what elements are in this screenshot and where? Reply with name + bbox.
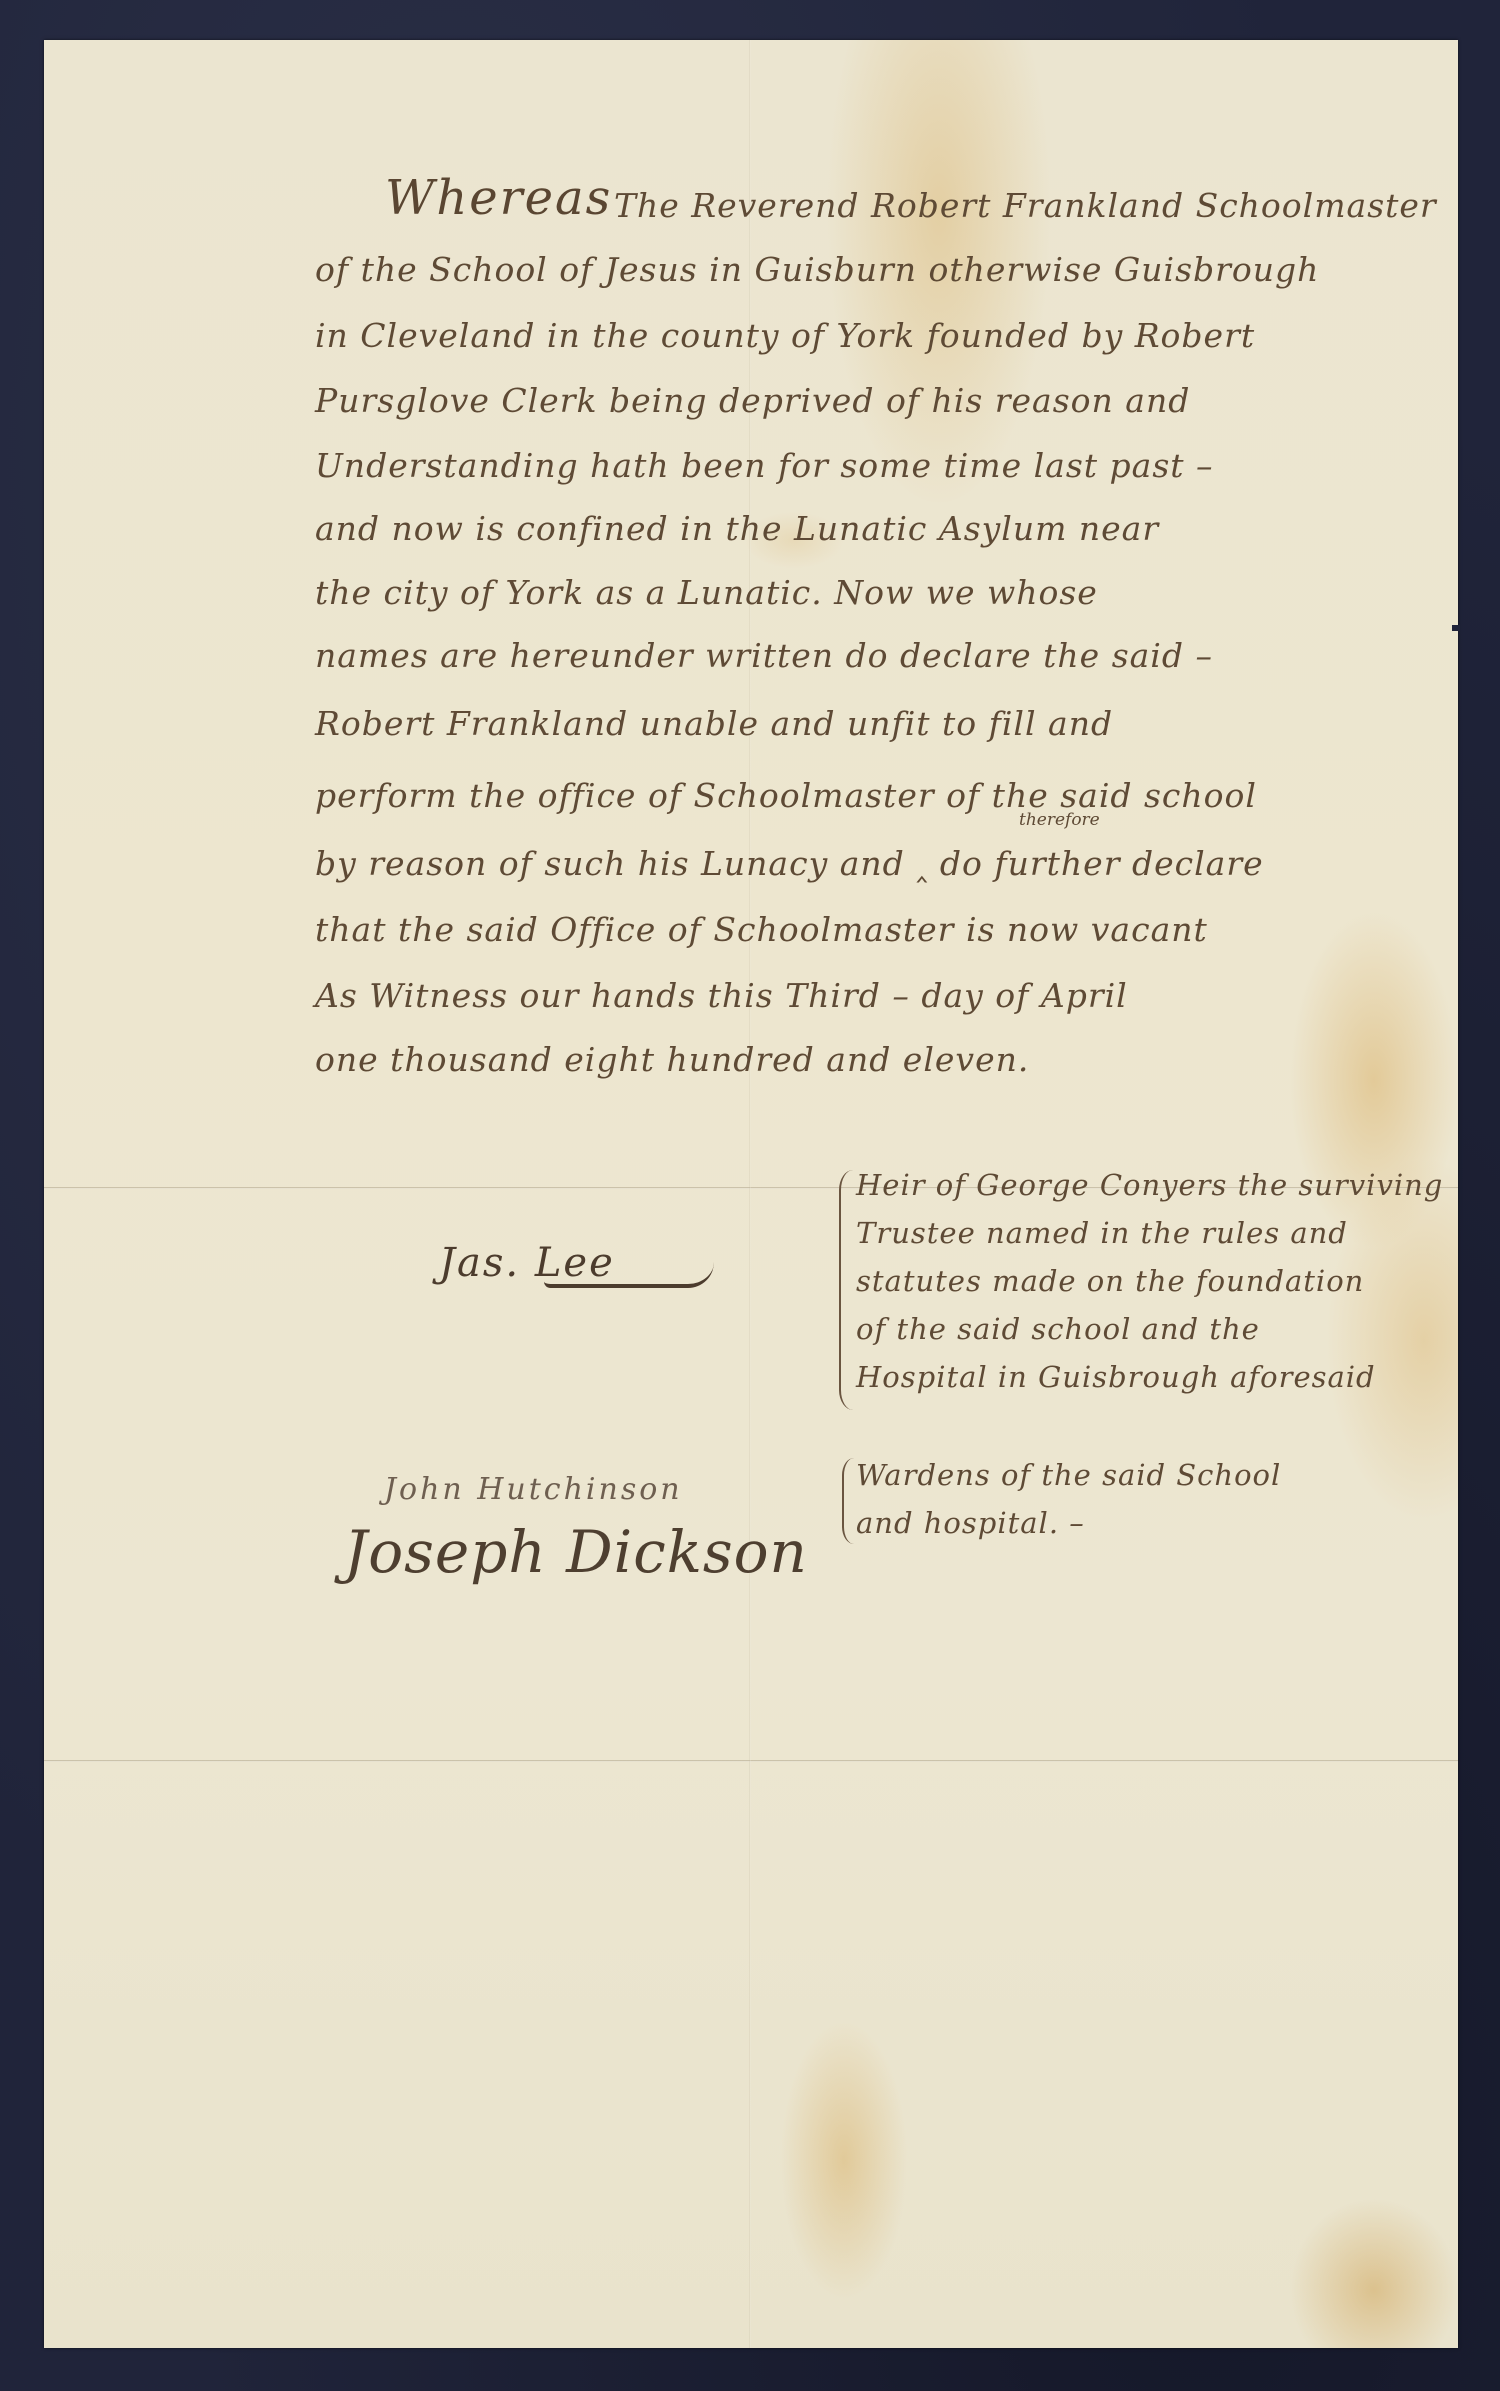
interlinear-insertion: therefore [1019,810,1100,830]
body-line-9: Robert Frankland unable and unfit to fil… [315,704,1113,743]
wardens-role-line-1: Wardens of the said School [856,1458,1281,1492]
body-line-14: one thousand eight hundred and eleven. [315,1040,1029,1079]
edge-notch [1452,625,1460,631]
wardens-role-line-2: and hospital. – [856,1506,1085,1540]
body-line-7: the city of York as a Lunatic. Now we wh… [315,573,1098,612]
body-line-13: As Witness our hands this Third – day of… [315,976,1128,1015]
body-line-11: by reason of such his Lunacy and ‸ do fu… [315,844,1264,883]
opening-word: Whereas [385,170,612,226]
body-line-5: Understanding hath been for some time la… [315,446,1214,485]
body-line-12: that the said Office of Schoolmaster is … [315,910,1208,949]
signature-john-hutchinson: John Hutchinson [384,1472,683,1507]
trustee-role-line-1: Heir of George Conyers the surviving [856,1168,1443,1202]
trustee-bracket [839,1170,853,1410]
body-line-2: of the School of Jesus in Guisburn other… [315,250,1319,289]
horizontal-fold-lower [44,1760,1458,1762]
trustee-role-line-3: statutes made on the foundation [856,1264,1364,1298]
trustee-role-line-4: of the said school and the [856,1312,1260,1346]
manuscript-page: Whereas The Reverend Robert Frankland Sc… [44,40,1458,2348]
body-line-4: Pursglove Clerk being deprived of his re… [315,381,1190,420]
trustee-role-line-5: Hospital in Guisbrough aforesaid [856,1360,1376,1394]
wardens-bracket [842,1458,854,1544]
body-line-10: perform the office of Schoolmaster of th… [315,776,1257,815]
body-line-8: names are hereunder written do declare t… [315,636,1213,675]
signature-joseph-dickson: Joseph Dickson [344,1518,808,1586]
body-line-3: in Cleveland in the county of York found… [315,316,1255,355]
trustee-role-line-2: Trustee named in the rules and [856,1216,1348,1250]
body-line-6: and now is confined in the Lunatic Asylu… [315,509,1159,548]
signature-flourish [544,1262,714,1288]
body-line-1: The Reverend Robert Frankland Schoolmast… [614,186,1437,225]
